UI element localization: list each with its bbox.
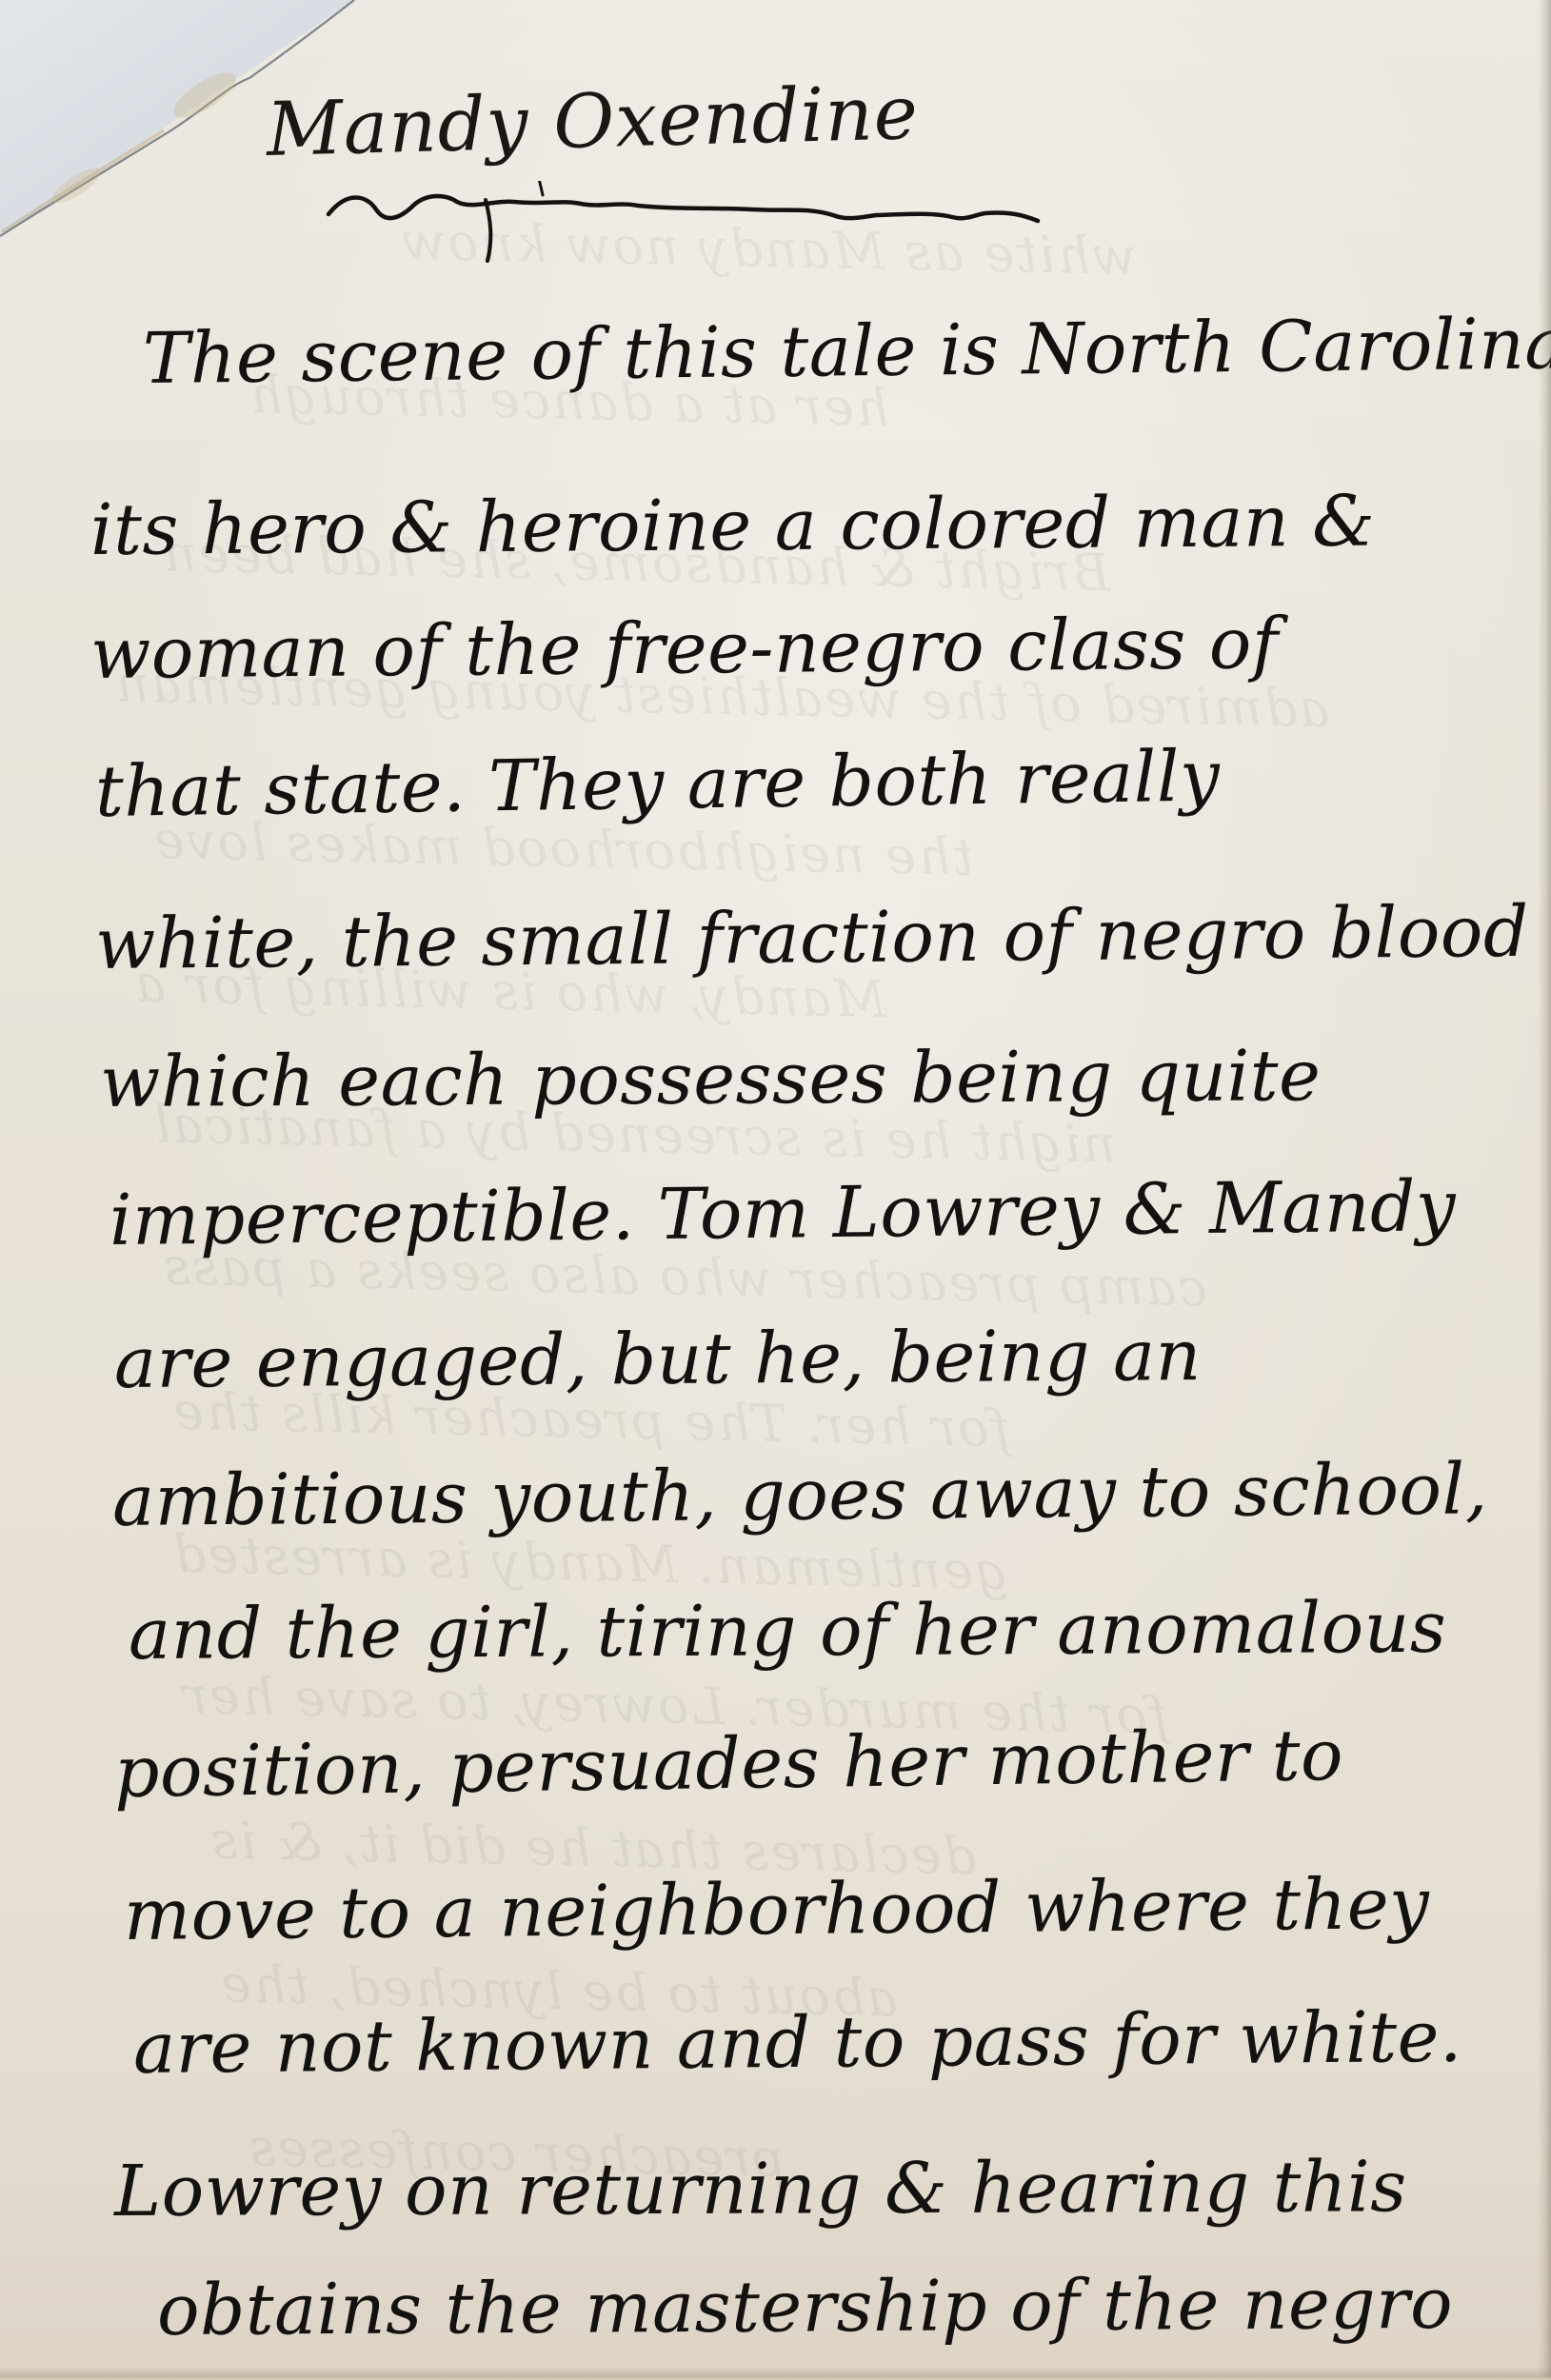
manuscript-line: obtains the mastership of the negro [157, 2269, 1453, 2346]
manuscript-line: which each possesses being quite [100, 1041, 1322, 1118]
manuscript-line: are engaged, but he, being an [114, 1320, 1202, 1398]
manuscript-line: woman of the free-negro class of [90, 608, 1279, 689]
manuscript-line: move to a neighborhood where they [124, 1869, 1430, 1951]
manuscript-line: Lowrey on returning & hearing this [114, 2152, 1407, 2227]
page-bottom-edge [0, 2367, 1551, 2380]
manuscript-page: white as Mandy now know her at a dance t… [0, 0, 1551, 2380]
manuscript-line: that state. They are both really [94, 742, 1220, 827]
manuscript-line: imperceptible. Tom Lowrey & Mandy [109, 1171, 1457, 1256]
manuscript-line: ambitious youth, goes away to school, [112, 1454, 1488, 1537]
manuscript-line: and the girl, tiring of her anomalous [129, 1593, 1447, 1670]
title-underline-flourish [314, 181, 1057, 267]
page-edge-shadow [1538, 0, 1551, 2380]
manuscript-line: are not known and to pass for white. [133, 2002, 1462, 2084]
manuscript-line: The scene of this tale is North Carolina… [143, 308, 1551, 394]
page-title: Mandy Oxendine [266, 70, 920, 173]
manuscript-line: white, the small fraction of negro blood [95, 897, 1529, 980]
manuscript-line: position, persuades her mother to [113, 1720, 1343, 1808]
manuscript-body: Mandy Oxendine The scene of this tale is… [0, 0, 1551, 2380]
manuscript-line: its hero & heroine a colored man & [90, 486, 1376, 565]
